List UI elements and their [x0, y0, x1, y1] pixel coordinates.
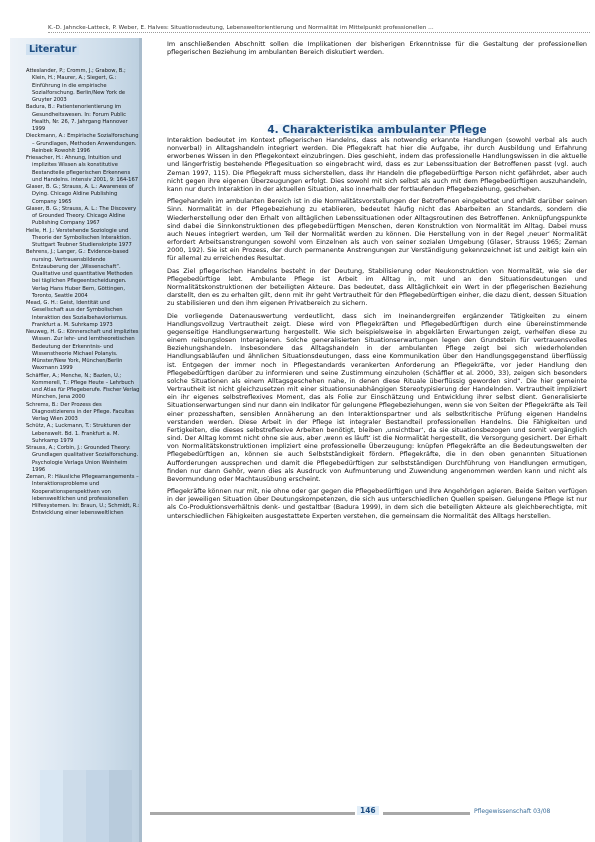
- footer-rule-right: [383, 812, 470, 815]
- reference-item: Atteslander, P.; Cromm, J.; Grabow, B.; …: [26, 68, 140, 104]
- intro-paragraph: Im anschließenden Abschnitt sollen die I…: [167, 40, 587, 56]
- sidebar-decoration: [40, 770, 132, 842]
- section-heading-text: 4. Charakteristika ambulanter Pflege: [263, 124, 490, 136]
- body-paragraph: Das Ziel pflegerischen Handelns besteht …: [167, 267, 587, 308]
- reference-item: Behrens, J.; Langer, G.: Evidence-based …: [26, 249, 140, 300]
- reference-item: Zeman, P.: Häusliche Pflegearrangements …: [26, 474, 140, 518]
- reference-item: Schäffler, A.; Menche, N.; Bazlen, U.; K…: [26, 373, 140, 402]
- page-number: 146: [357, 806, 379, 815]
- body-paragraph: Pflegekräfte können nur mit, nie ohne od…: [167, 487, 587, 520]
- body-paragraph: Pflegehandeln im ambulanten Bereich ist …: [167, 197, 587, 262]
- reference-item: Friesacher, H.: Ahnung, Intuition und im…: [26, 155, 140, 184]
- section-heading: 4. Charakteristika ambulanter Pflege: [167, 118, 587, 137]
- reference-item: Schütz, A.; Luckmann, T.: Strukturen der…: [26, 423, 140, 445]
- reference-item: Glaser, B. G.; Strauss, A. L.: Awareness…: [26, 184, 140, 206]
- literature-heading: Literatur: [26, 44, 79, 55]
- reference-item: Neuweg, H. G.: Könnerschaft und implizit…: [26, 329, 140, 373]
- reference-item: Badura, B.: Patientenorientierung im Ges…: [26, 104, 140, 133]
- reference-item: Mead, G. H.: Geist, Identität und Gesell…: [26, 300, 140, 329]
- reference-item: Glaser, B. G.; Strauss, A. L.: The Disco…: [26, 206, 140, 228]
- body-paragraph: Die vorliegende Datenauswertung verdeutl…: [167, 312, 587, 483]
- journal-name: Pflegewissenschaft 03/08: [474, 808, 550, 815]
- running-head: K.-D. Jahncke-Latteck, P. Weber, E. Halv…: [48, 25, 590, 33]
- reference-item: Schrems, B.: Der Prozess des Diagnostizi…: [26, 402, 140, 424]
- main-body: Interaktion bedeutet im Kontext pflegeri…: [167, 136, 587, 524]
- body-paragraph: Interaktion bedeutet im Kontext pflegeri…: [167, 136, 587, 193]
- reference-item: Dieckmann, A.: Empirische Sozialforschun…: [26, 133, 140, 155]
- reference-item: Strauss, A.; Corbin, J.: Grounded Theory…: [26, 445, 140, 474]
- intro-block: Im anschließenden Abschnitt sollen die I…: [167, 40, 587, 60]
- footer-rule-left: [150, 812, 355, 815]
- reference-item: Helle, H. J.: Verstehende Soziologie und…: [26, 228, 140, 250]
- reference-list: Atteslander, P.; Cromm, J.; Grabow, B.; …: [26, 68, 140, 518]
